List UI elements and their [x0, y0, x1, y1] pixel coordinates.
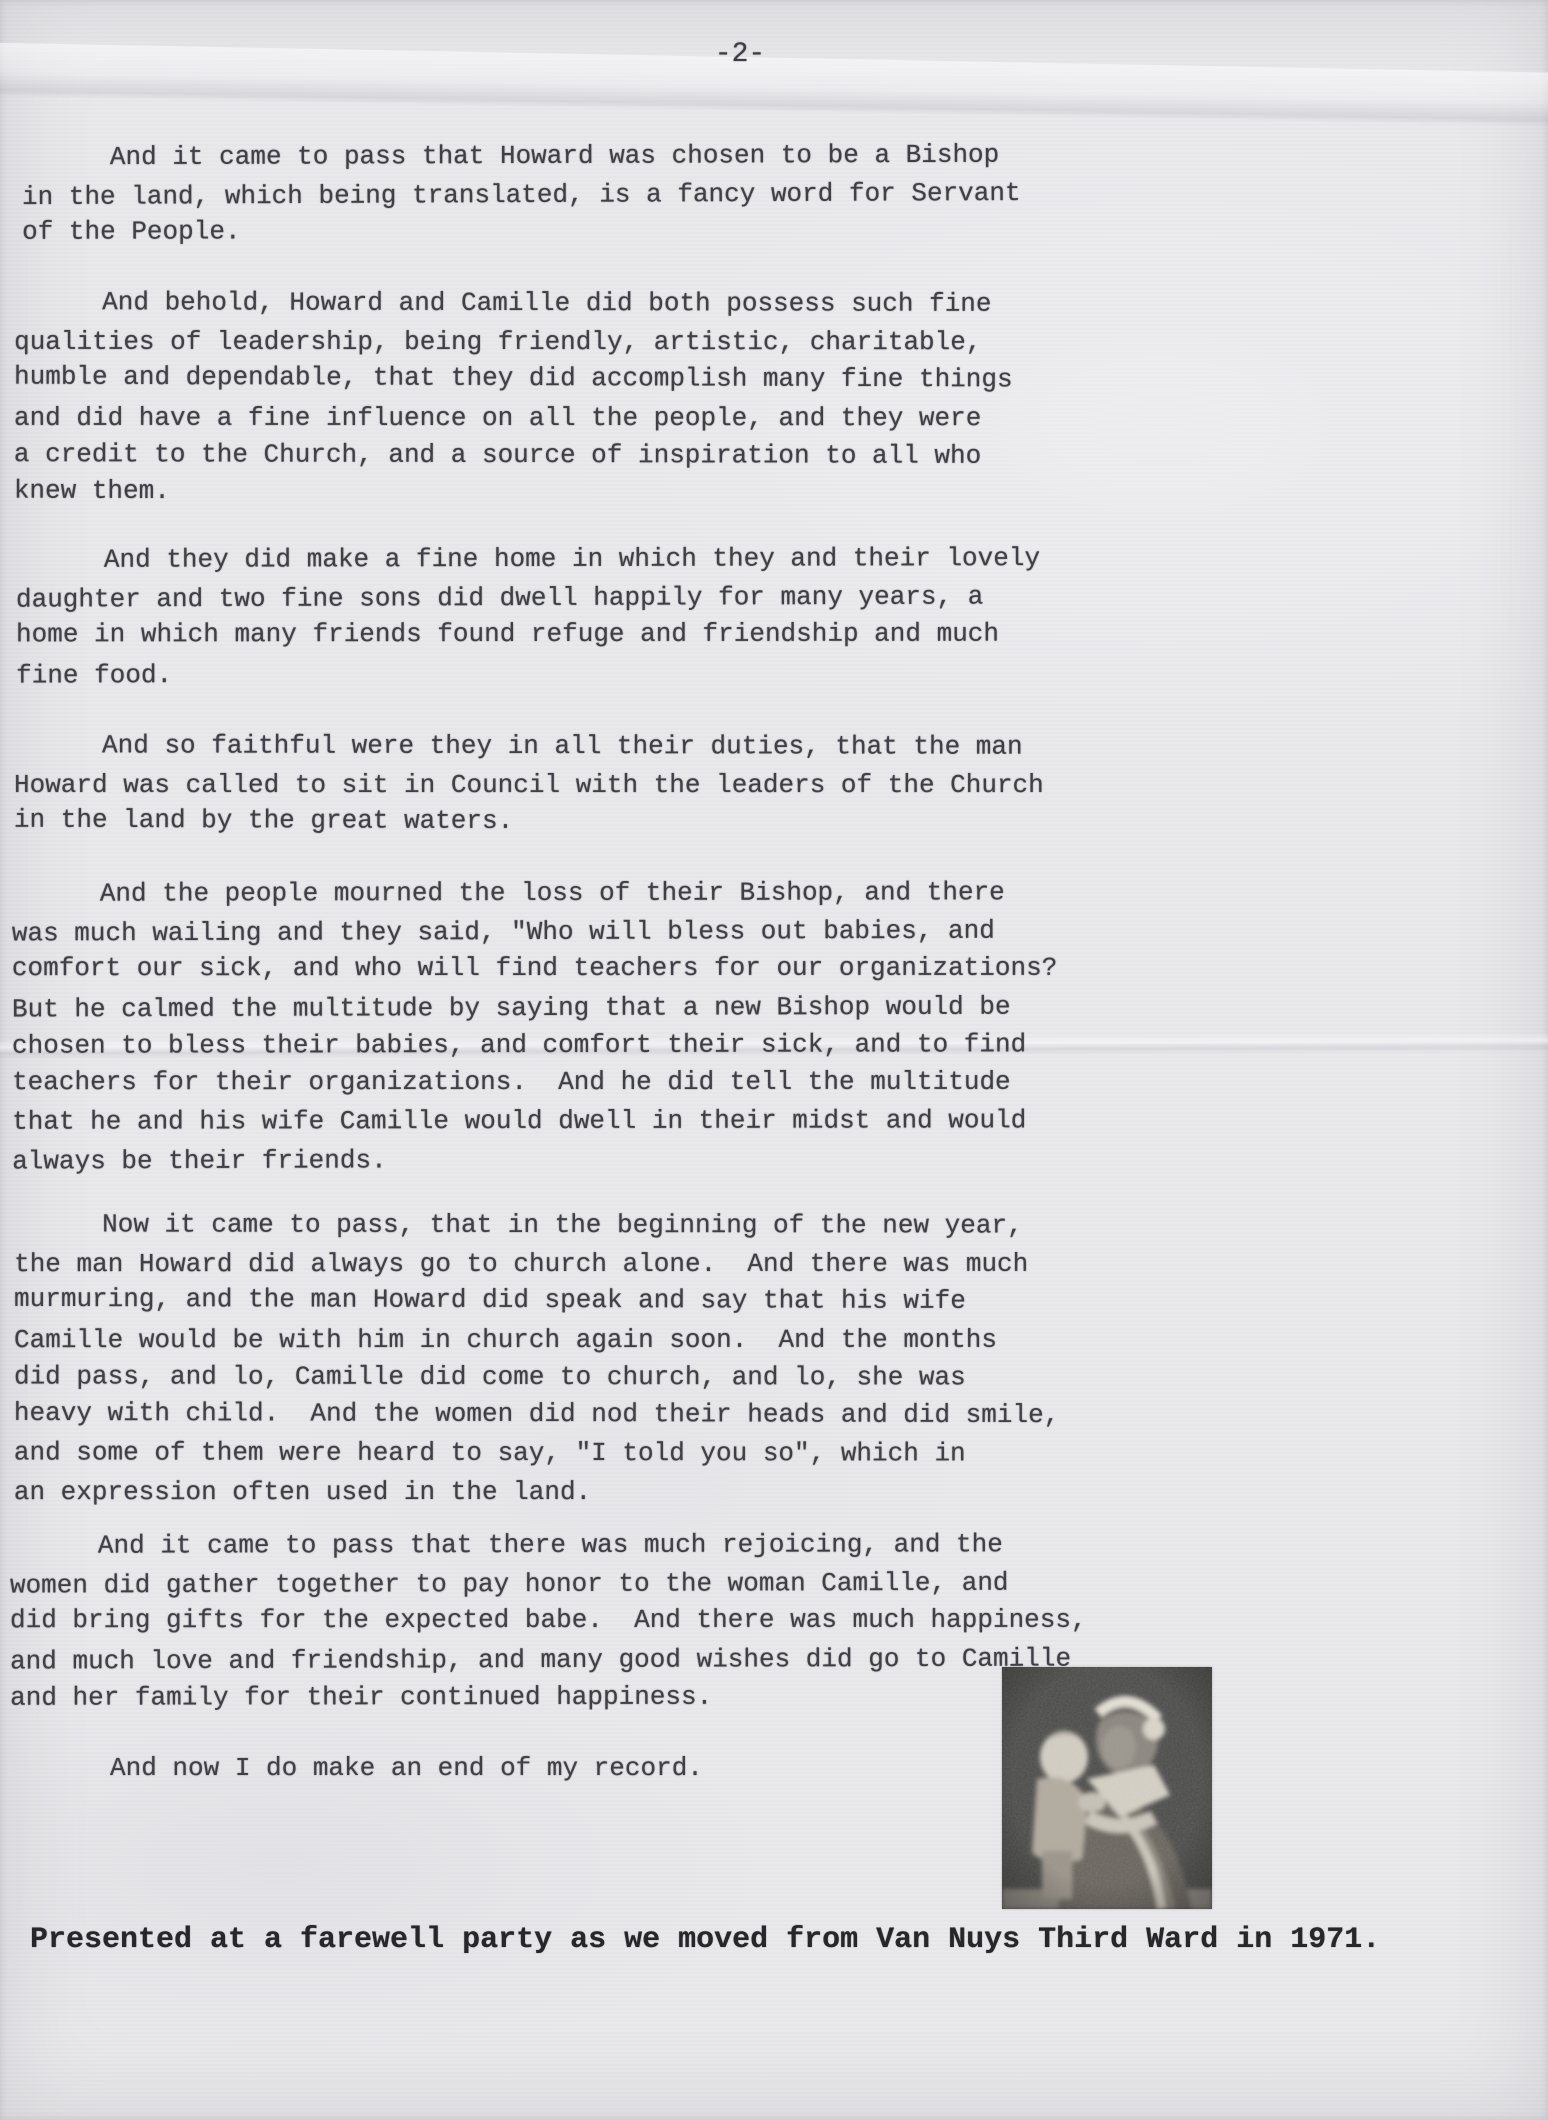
text-line: And so faithful were they in all their d… — [14, 726, 1044, 765]
text-line: did pass, and lo, Camille did come to ch… — [14, 1357, 1059, 1396]
text-line: Camille would be with him in church agai… — [14, 1321, 1059, 1359]
text-line: of the People. — [22, 211, 1021, 251]
text-line: And the people mourned the loss of their… — [12, 873, 1057, 912]
paragraph-1: And it came to pass that Howard was chos… — [22, 136, 1021, 253]
text-line: And now I do make an end of my record. — [22, 1749, 703, 1787]
text-line: and her family for their continued happi… — [10, 1677, 1087, 1717]
text-line: And behold, Howard and Camille did both … — [14, 283, 1013, 323]
text-line: Howard was called to sit in Council with… — [14, 766, 1044, 804]
text-line: and some of them were heard to say, "I t… — [14, 1433, 1059, 1472]
text-line: comfort our sick, and who will find teac… — [12, 949, 1057, 987]
text-line: was much wailing and they said, "Who wil… — [12, 912, 1057, 953]
text-line: that he and his wife Camille would dwell… — [12, 1101, 1057, 1140]
text-line: murmuring, and the man Howard did speak … — [14, 1280, 1059, 1320]
text-line: an expression often used in the land. — [14, 1473, 1059, 1511]
text-line: in the land by the great waters. — [14, 801, 1044, 842]
text-line: daughter and two fine sons did dwell hap… — [16, 577, 1040, 618]
paragraph-8-closing: And now I do make an end of my record. — [22, 1749, 703, 1787]
text-line: And it came to pass that there was much … — [10, 1525, 1087, 1565]
text-line: in the land, which being translated, is … — [22, 174, 1021, 216]
text-line: But he calmed the multitude by saying th… — [12, 988, 1057, 1029]
page-number: -2- — [0, 36, 1514, 74]
paragraph-3: And they did make a fine home in which t… — [16, 539, 1040, 693]
text-line: the man Howard did always go to church a… — [14, 1245, 1059, 1283]
text-line: and much love and friendship, and many g… — [10, 1639, 1087, 1680]
text-line: humble and dependable, that they did acc… — [14, 358, 1013, 399]
paragraph-7: And it came to pass that there was much … — [10, 1525, 1087, 1717]
footer-caption: Presented at a farewell party as we move… — [30, 1920, 1380, 1960]
paragraph-4: And so faithful were they in all their d… — [14, 726, 1044, 841]
paragraph-2: And behold, Howard and Camille did both … — [14, 283, 1013, 513]
photo-woman-holding-child — [1002, 1667, 1212, 1909]
text-line: and did have a fine influence on all the… — [14, 399, 1013, 437]
text-line: women did gather together to pay honor t… — [10, 1563, 1087, 1604]
text-line: And they did make a fine home in which t… — [16, 539, 1040, 579]
text-line: always be their friends. — [12, 1140, 1057, 1181]
text-line: And it came to pass that Howard was chos… — [22, 136, 1021, 177]
text-line: teachers for their organizations. And he… — [12, 1063, 1057, 1101]
paragraph-6: Now it came to pass, that in the beginni… — [14, 1205, 1060, 1510]
text-line: did bring gifts for the expected babe. A… — [10, 1601, 1087, 1639]
text-line: fine food. — [16, 653, 1040, 694]
paragraph-5: And the people mourned the loss of their… — [12, 873, 1058, 1178]
scanned-document-page: -2- And it came to pass that Howard was … — [0, 0, 1548, 2120]
text-line: qualities of leadership, being friendly,… — [14, 323, 1013, 361]
text-line: home in which many friends found refuge … — [16, 615, 1040, 654]
text-line: Now it came to pass, that in the beginni… — [14, 1205, 1059, 1244]
text-line: knew them. — [14, 472, 1013, 513]
text-line: chosen to bless their babies, and comfor… — [12, 1025, 1057, 1064]
text-line: a credit to the Church, and a source of … — [14, 435, 1013, 475]
text-line: heavy with child. And the women did nod … — [14, 1394, 1059, 1434]
